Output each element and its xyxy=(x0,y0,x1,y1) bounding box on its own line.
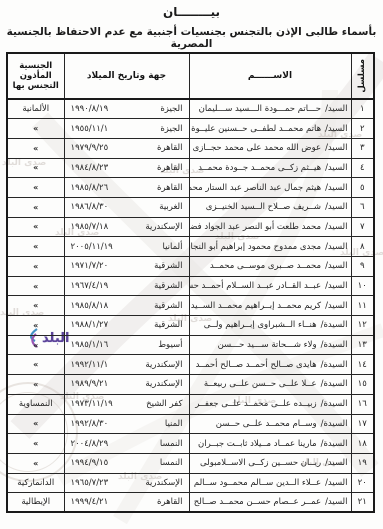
birth-cell: الغربية ١٩٨٦/٨/٣٠ xyxy=(64,197,189,217)
name-text: عبــد القــادر عبــد الســلام أحمــد حسـ… xyxy=(189,281,321,291)
birth-cell: كفر الشيخ ١٩٧٣/١١/١٩ xyxy=(64,394,189,414)
serial-cell: ١٣ xyxy=(351,335,374,355)
birth-date: ١٩٦٧/٤/١٩ xyxy=(71,281,109,291)
birth-place: الإسكندرية xyxy=(145,222,182,232)
birth-place: الشرقية xyxy=(154,281,182,291)
name-text: هيثم جمال عبد الناصر عبد الستار محمود ال… xyxy=(189,183,321,193)
honorific-text: السيد/ xyxy=(325,242,347,252)
birth-place: الإسكندرية xyxy=(145,379,182,389)
serial-cell: ٢١ xyxy=(351,493,374,513)
honorific-text: السيدة/ xyxy=(321,399,348,409)
birth-place: الشرقية xyxy=(154,320,182,330)
nationality-cell: » xyxy=(7,375,64,395)
birth-place: المنيا xyxy=(165,419,183,429)
birth-cell: الإسكندرية ١٩٩٢/١١/١ xyxy=(64,355,189,375)
birth-cell: الشرقية ١٩٦٧/٤/١٩ xyxy=(64,276,189,296)
name-cell: السيد/ريــان حســين زكــى الاســلامبولى xyxy=(189,453,351,473)
table-row: ٨ السيد/مجدى ممدوح محمود إبراهيم أبو الن… xyxy=(7,237,374,257)
birth-place: الجيزة xyxy=(160,124,182,134)
name-text: زبيــده علــى محمــد علــى جعفــر xyxy=(195,399,316,409)
birth-date: ١٩٨٤/٨/٢٣ xyxy=(71,163,109,173)
serial-cell: ٢ xyxy=(351,119,374,139)
name-text: هنــاء الــشبراوى إبــراهيم ولــى xyxy=(204,320,317,330)
name-cell: السيدة/عــلا علــى حــسن علــى ربيعــة xyxy=(189,375,351,395)
name-cell: السيد/محمد طلعت أبو النصر عبد الجواد فضي… xyxy=(189,217,351,237)
name-cell: السيدة/وســام محمــد علــى حــسن xyxy=(189,414,351,434)
birth-place: القاهرة xyxy=(157,163,182,173)
nationality-cell: » xyxy=(7,414,64,434)
serial-cell: ١٤ xyxy=(351,355,374,375)
header-name: الاســــــم xyxy=(189,53,351,99)
birth-cell: النمسا ٢٠٠٤/٨/٢٩ xyxy=(64,434,189,454)
table-row: ١٢ السيدة/هنــاء الــشبراوى إبــراهيم ول… xyxy=(7,316,374,336)
birth-date: ١٩٧١/٧/٢٠ xyxy=(71,261,109,271)
name-text: شــريف صــلاح الــسيد الخنيــزى xyxy=(206,202,321,212)
name-cell: السيدة/هايدى صــالح أحمــد صــالح أحمــد xyxy=(189,355,351,375)
name-cell: السيد/عبــد القــادر عبــد الســلام أحمـ… xyxy=(189,276,351,296)
birth-cell: القاهرة ١٩٧٩/٩/٢٥ xyxy=(64,138,189,158)
birth-cell: الجيزة ١٩٥٥/١١/١ xyxy=(64,119,189,139)
name-cell: السيدة/هنــاء الــشبراوى إبــراهيم ولــى xyxy=(189,316,351,336)
birth-date: ١٩٨٥/١/١٦ xyxy=(71,340,109,350)
table-row: ١ السيد/حـــاتم حمـــودة الـــسيد ســـلي… xyxy=(7,99,374,119)
page-title: بيــــــــان xyxy=(0,5,383,19)
serial-cell: ٦ xyxy=(351,197,374,217)
serial-cell: ١٢ xyxy=(351,316,374,336)
table-row: ١٣ السيدة/ولاء شـــحاتة ســـيد حـــسن أس… xyxy=(7,335,374,355)
name-cell: السيد/محمــد صــبرى موســى محمــد xyxy=(189,257,351,277)
name-text: عوض الله محمد على محمد حجــازى xyxy=(193,143,321,153)
birth-place: الجيزة xyxy=(160,104,182,114)
birth-date: ٢٠٠٥/١١/١٩ xyxy=(71,242,113,252)
honorific-text: السيد/ xyxy=(325,497,347,507)
name-cell: السيدة/مارينا عمــاد مــيلاد ثابــت جبــ… xyxy=(189,434,351,454)
birth-cell: الشرقية ١٩٧١/٧/٢٠ xyxy=(64,257,189,277)
birth-cell: القاهرة ١٩٨٥/٨/٢٦ xyxy=(64,178,189,198)
birth-cell: الشرقية ١٩٨٨/١/٢٧ xyxy=(64,316,189,336)
name-text: ريــان حســين زكــى الاســلامبولى xyxy=(200,458,321,468)
table-row: ١٠ السيد/عبــد القــادر عبــد الســلام أ… xyxy=(7,276,374,296)
birth-date: ١٩٩٢/٨/٣٠ xyxy=(71,419,109,429)
honorific-text: السيد/ xyxy=(325,222,347,232)
nationality-cell: » xyxy=(7,138,64,158)
table-row: ٢٠ السيد/عــلاء الــدين ســالم محمــود س… xyxy=(7,473,374,493)
birth-date: ١٩٨٥/٧/١٨ xyxy=(71,222,109,232)
serial-cell: ١٥ xyxy=(351,375,374,395)
birth-date: ١٩٨٥/٨/٢٦ xyxy=(71,183,109,193)
table-row: ٥ السيد/هيثم جمال عبد الناصر عبد الستار … xyxy=(7,178,374,198)
name-text: ولاء شـــحاتة ســـيد حـــسن xyxy=(218,340,317,350)
table-row: ١٦ السيدة/زبيــده علــى محمــد علــى جعف… xyxy=(7,394,374,414)
name-cell: السيدة/زبيــده علــى محمــد علــى جعفــر xyxy=(189,394,351,414)
table-row: ٢١ السيد/عمــر عــصام حســن محمــد صــال… xyxy=(7,493,374,513)
birth-place: القاهرة xyxy=(157,497,182,507)
name-cell: السيدة/ولاء شـــحاتة ســـيد حـــسن xyxy=(189,335,351,355)
birth-place: كفر الشيخ xyxy=(146,399,182,409)
name-text: مجدى ممدوح محمود إبراهيم أبو النجا xyxy=(191,242,322,252)
birth-cell: الشرقية ١٩٨٥/٨/١٨ xyxy=(64,296,189,316)
name-cell: السيد/هاتم محمــد لطفــى حــسنين عليــوة xyxy=(189,119,351,139)
serial-cell: ١٧ xyxy=(351,414,374,434)
honorific-text: السيد/ xyxy=(325,202,347,212)
serial-cell: ٤ xyxy=(351,158,374,178)
honorific-text: السيدة/ xyxy=(321,419,348,429)
birth-date: ١٩٧٩/٩/٢٥ xyxy=(71,143,109,153)
page-subtitle: بأسماء طالبى الإذن بالتجنس بجنسيات أجنبي… xyxy=(0,26,383,50)
birth-date: ١٩٨٥/٨/١٨ xyxy=(71,301,109,311)
nationality-cell: » xyxy=(7,158,64,178)
naturalization-table: مسلسل الاســــــم جهة وتاريخ الميلاد الج… xyxy=(6,52,375,513)
nationality-cell: » xyxy=(7,453,64,473)
birth-date: ١٩٦٥/٧/٢٣ xyxy=(71,478,109,488)
serial-cell: ١٩ xyxy=(351,453,374,473)
serial-cell: ٥ xyxy=(351,178,374,198)
scanned-page: صدى البلدصدى البلدصدى البلدصدى البلدصدى … xyxy=(0,0,383,529)
birth-place: ألمانيا xyxy=(163,242,183,252)
birth-date: ١٩٩٠/٨/١٩ xyxy=(71,104,109,114)
nationality-cell: » xyxy=(7,237,64,257)
name-cell: السيد/عــلاء الــدين ســالم محمــود ســا… xyxy=(189,473,351,493)
serial-cell: ٩ xyxy=(351,257,374,277)
birth-date: ١٩٩٩/٤/٢١ xyxy=(71,497,109,507)
nationality-cell: » xyxy=(7,355,64,375)
birth-date: ١٩٨٨/١/٢٧ xyxy=(71,320,109,330)
honorific-text: السيدة/ xyxy=(321,320,348,330)
honorific-text: السيد/ xyxy=(325,261,347,271)
nationality-cell: » xyxy=(7,257,64,277)
birth-date: ١٩٩٤/٩/١٥ xyxy=(71,458,109,468)
table-header-row: مسلسل الاســــــم جهة وتاريخ الميلاد الج… xyxy=(7,53,374,99)
birth-place: القاهرة xyxy=(157,183,182,193)
honorific-text: السيدة/ xyxy=(321,340,348,350)
serial-cell: ١ xyxy=(351,99,374,119)
header-nationality: الجنسية المأذون التجنس بها xyxy=(7,53,64,99)
honorific-text: السيدة/ xyxy=(321,379,348,389)
nationality-cell: » xyxy=(7,434,64,454)
name-cell: السيد/هيثم جمال عبد الناصر عبد الستار مح… xyxy=(189,178,351,198)
name-cell: السيد/عوض الله محمد على محمد حجــازى xyxy=(189,138,351,158)
name-cell: السيد/مجدى ممدوح محمود إبراهيم أبو النجا xyxy=(189,237,351,257)
header-birth: جهة وتاريخ الميلاد xyxy=(64,53,189,99)
birth-cell: الإسكندرية ١٩٦٥/٧/٢٣ xyxy=(64,473,189,493)
honorific-text: السيد/ xyxy=(325,281,347,291)
birth-date: ١٩٨٦/٨/٣٠ xyxy=(71,202,109,212)
table-row: ١٩ السيد/ريــان حســين زكــى الاســلامبو… xyxy=(7,453,374,473)
birth-date: ١٩٨٩/٩/٢١ xyxy=(71,379,109,389)
serial-cell: ٨ xyxy=(351,237,374,257)
birth-date: ١٩٧٣/١١/١٩ xyxy=(71,399,113,409)
name-text: محمد طلعت أبو النصر عبد الجواد فضيلة xyxy=(189,222,321,232)
honorific-text: السيد/ xyxy=(325,301,347,311)
honorific-text: السيدة/ xyxy=(321,360,348,370)
nationality-cell: » xyxy=(7,276,64,296)
nationality-cell: » xyxy=(7,197,64,217)
honorific-text: السيد/ xyxy=(325,143,347,153)
table-row: ٧ السيد/محمد طلعت أبو النصر عبد الجواد ف… xyxy=(7,217,374,237)
name-text: حـــاتم حمـــودة الـــسيد ســـليمان xyxy=(199,104,321,114)
nationality-cell: » xyxy=(7,316,64,336)
table-row: ٦ السيد/شــريف صــلاح الــسيد الخنيــزى … xyxy=(7,197,374,217)
birth-place: الإسكندرية xyxy=(145,360,182,370)
name-text: هاتم محمــد لطفــى حــسنين عليــوة xyxy=(191,124,321,134)
name-text: عــلا علــى حــسن علــى ربيعــة xyxy=(204,379,317,389)
birth-date: ١٩٥٥/١١/١ xyxy=(71,124,109,134)
nationality-cell: » xyxy=(7,217,64,237)
name-cell: السيد/كريم محمــد إبــراهيم محمــد الســ… xyxy=(189,296,351,316)
birth-cell: الإسكندرية ١٩٨٥/٧/١٨ xyxy=(64,217,189,237)
name-cell: السيد/عمــر عــصام حســن محمــد صــالح xyxy=(189,493,351,513)
serial-cell: ٢٠ xyxy=(351,473,374,493)
table-row: ١١ السيد/كريم محمــد إبــراهيم محمــد ال… xyxy=(7,296,374,316)
serial-cell: ١٠ xyxy=(351,276,374,296)
birth-place: أسيوط xyxy=(158,340,182,350)
nationality-cell: » xyxy=(7,119,64,139)
birth-place: النمسا xyxy=(160,458,183,468)
nationality-cell: الإيطالية xyxy=(7,493,64,513)
birth-date: ٢٠٠٤/٨/٢٩ xyxy=(71,439,109,449)
birth-place: النمسا xyxy=(160,439,183,449)
name-cell: السيد/هيــثم زكــى محمــد جــودة محمــد xyxy=(189,158,351,178)
table-row: ١٨ السيدة/مارينا عمــاد مــيلاد ثابــت ج… xyxy=(7,434,374,454)
table-row: ١٧ السيدة/وســام محمــد علــى حــسن المن… xyxy=(7,414,374,434)
birth-cell: الإسكندرية ١٩٨٩/٩/٢١ xyxy=(64,375,189,395)
nationality-cell: » xyxy=(7,178,64,198)
birth-cell: القاهرة ١٩٨٤/٨/٢٣ xyxy=(64,158,189,178)
serial-cell: ٣ xyxy=(351,138,374,158)
table-row: ٣ السيد/عوض الله محمد على محمد حجــازى ا… xyxy=(7,138,374,158)
serial-cell: ٧ xyxy=(351,217,374,237)
honorific-text: السيد/ xyxy=(325,104,347,114)
nationality-cell: النمساوية xyxy=(7,394,64,414)
table-row: ١٤ السيدة/هايدى صــالح أحمــد صــالح أحم… xyxy=(7,355,374,375)
name-text: عمــر عــصام حســن محمــد صــالح xyxy=(194,497,321,507)
birth-date: ١٩٩٢/١١/١ xyxy=(71,360,109,370)
table-row: ٤ السيد/هيــثم زكــى محمــد جــودة محمــ… xyxy=(7,158,374,178)
honorific-text: السيد/ xyxy=(325,124,347,134)
nationality-cell: » xyxy=(7,335,64,355)
name-text: هيــثم زكــى محمــد جــودة محمــد xyxy=(198,163,321,173)
birth-place: الشرقية xyxy=(154,261,182,271)
name-text: هايدى صــالح أحمــد صــالح أحمــد xyxy=(196,360,317,370)
honorific-text: السيد/ xyxy=(325,458,347,468)
header-serial: مسلسل xyxy=(351,53,374,99)
serial-cell: ١٨ xyxy=(351,434,374,454)
birth-cell: النمسا ١٩٩٤/٩/١٥ xyxy=(64,453,189,473)
name-text: محمــد صــبرى موســى محمــد xyxy=(210,261,321,271)
table-row: ١٥ السيدة/عــلا علــى حــسن علــى ربيعــ… xyxy=(7,375,374,395)
honorific-text: السيدة/ xyxy=(321,439,348,449)
birth-place: الإسكندرية xyxy=(145,478,182,488)
name-cell: السيد/حـــاتم حمـــودة الـــسيد ســـليما… xyxy=(189,99,351,119)
records-body: ١ السيد/حـــاتم حمـــودة الـــسيد ســـلي… xyxy=(7,99,374,512)
birth-cell: المنيا ١٩٩٢/٨/٣٠ xyxy=(64,414,189,434)
table-row: ٩ السيد/محمــد صــبرى موســى محمــد الشر… xyxy=(7,257,374,277)
birth-cell: القاهرة ١٩٩٩/٤/٢١ xyxy=(64,493,189,513)
birth-cell: أسيوط ١٩٨٥/١/١٦ xyxy=(64,335,189,355)
name-text: مارينا عمــاد مــيلاد ثابــت جبــران xyxy=(198,439,317,449)
name-cell: السيد/شــريف صــلاح الــسيد الخنيــزى xyxy=(189,197,351,217)
nationality-cell: » xyxy=(7,296,64,316)
honorific-text: السيد/ xyxy=(325,478,347,488)
honorific-text: السيد/ xyxy=(325,183,347,193)
birth-place: الشرقية xyxy=(154,301,182,311)
nationality-cell: الألمانية xyxy=(7,99,64,119)
honorific-text: السيد/ xyxy=(325,163,347,173)
name-text: وســام محمــد علــى حــسن xyxy=(216,419,317,429)
table-row: ٢ السيد/هاتم محمــد لطفــى حــسنين عليــ… xyxy=(7,119,374,139)
birth-place: الغربية xyxy=(159,202,182,212)
serial-cell: ١٦ xyxy=(351,394,374,414)
birth-cell: ألمانيا ٢٠٠٥/١١/١٩ xyxy=(64,237,189,257)
birth-cell: الجيزة ١٩٩٠/٨/١٩ xyxy=(64,99,189,119)
serial-cell: ١١ xyxy=(351,296,374,316)
nationality-cell: الدانماركية xyxy=(7,473,64,493)
birth-place: القاهرة xyxy=(157,143,182,153)
name-text: كريم محمــد إبــراهيم محمــد الســيد xyxy=(191,301,321,311)
name-text: عــلاء الــدين ســالم محمــود ســالم xyxy=(194,478,321,488)
